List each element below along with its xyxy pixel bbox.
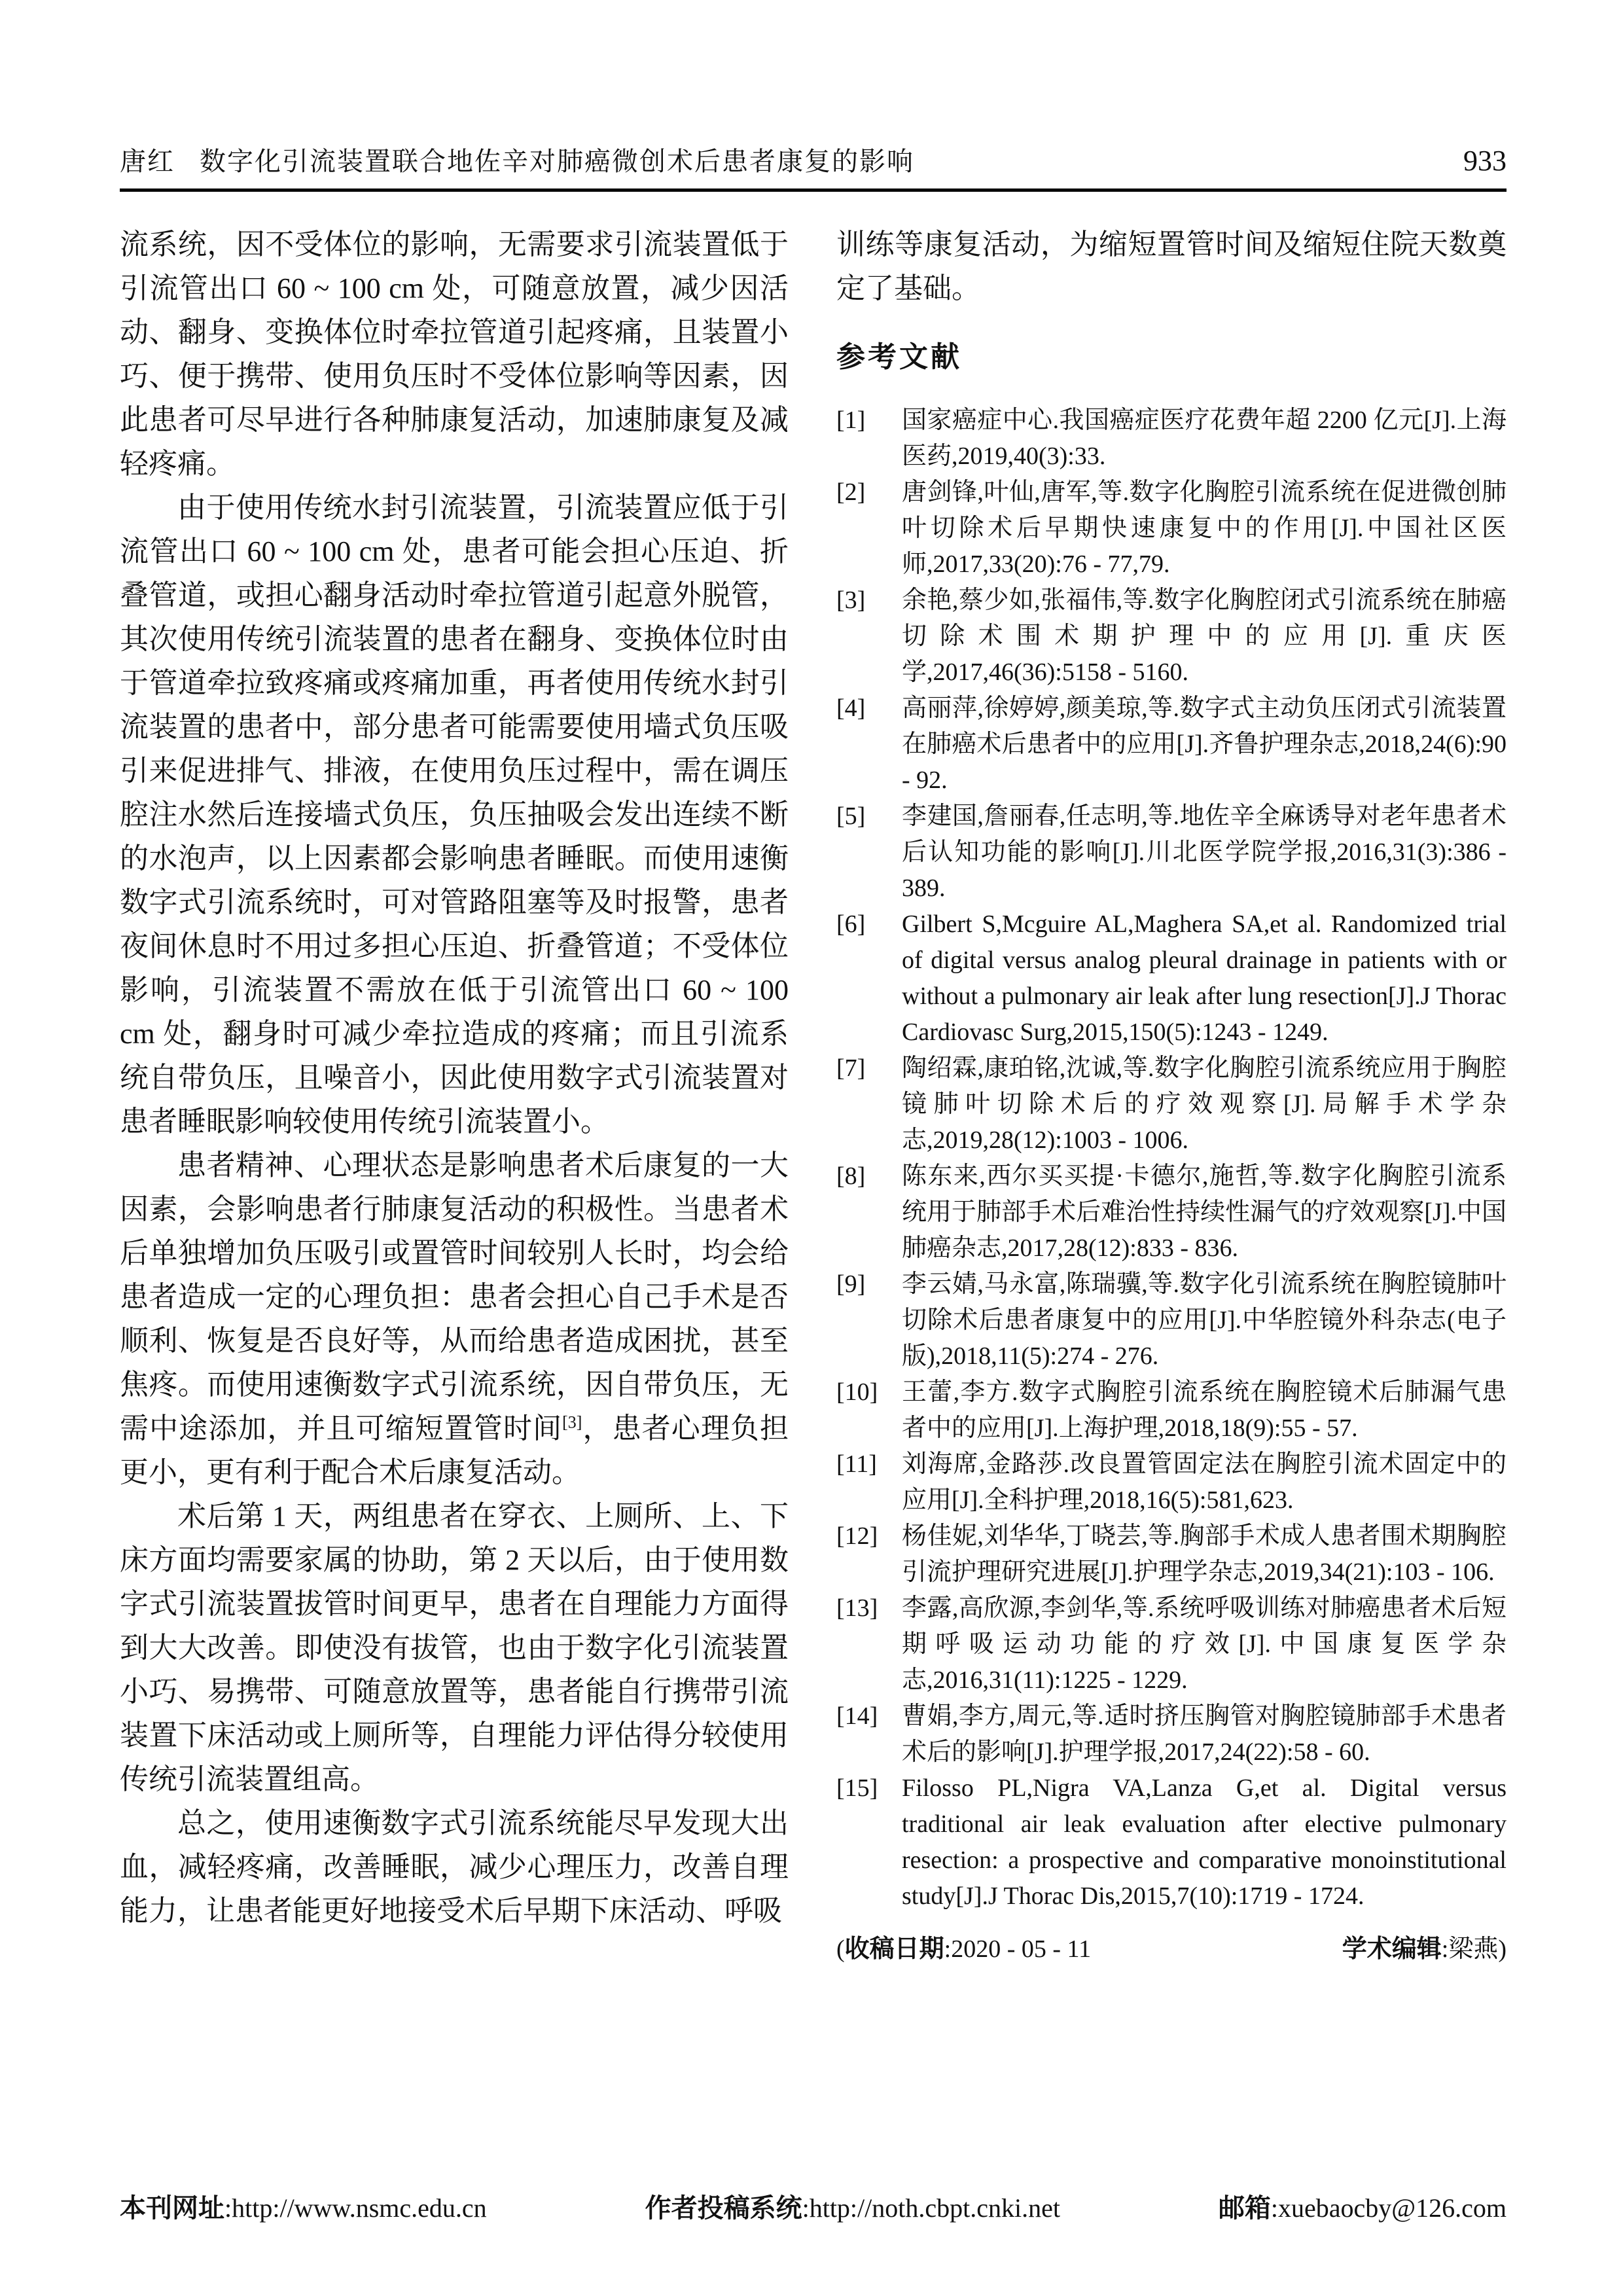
reference-text: 杨佳妮,刘华华,丁晓芸,等.胸部手术成人患者围术期胸腔引流护理研究进展[J].护… [902, 1522, 1507, 1586]
reference-number: [13] [836, 1590, 878, 1626]
reference-text: 陈东来,西尔买买提·卡德尔,施哲,等.数字化胸腔引流系统用于肺部手术后难治性持续… [902, 1162, 1507, 1262]
reference-item: [10]王蕾,李方.数字式胸腔引流系统在胸腔镜术后肺漏气患者中的应用[J].上海… [836, 1374, 1507, 1446]
reference-number: [2] [836, 475, 865, 511]
running-header-left: 唐红 数字化引流装置联合地佐辛对肺癌微创术后患者康复的影响 [120, 145, 914, 179]
received-editor-row: (收稿日期:2020 - 05 - 11 学术编辑:梁燕) [836, 1931, 1507, 1967]
reference-item: [12]杨佳妮,刘华华,丁晓芸,等.胸部手术成人患者围术期胸腔引流护理研究进展[… [836, 1518, 1507, 1590]
reference-text: Filosso PL,Nigra VA,Lanza G,et al. Digit… [902, 1774, 1507, 1910]
body-paragraph-continuation: 流系统，因不受体位的影响，无需要求引流装置低于引流管出口 60 ~ 100 cm… [120, 223, 789, 486]
right-column: 训练等康复活动，为缩短置管时间及缩短住院天数奠定了基础。 参考文献 [1]国家癌… [836, 223, 1507, 1967]
reference-text: 余艳,蔡少如,张福伟,等.数字化胸腔闭式引流系统在肺癌切除术围术期护理中的应用[… [902, 586, 1507, 686]
article-title: 数字化引流装置联合地佐辛对肺癌微创术后患者康复的影响 [200, 145, 914, 179]
reference-item: [6]Gilbert S,Mcguire AL,Maghera SA,et al… [836, 906, 1507, 1050]
body-paragraph: 总之，使用速衡数字式引流系统能尽早发现大出血，减轻疼痛，改善睡眠，减少心理压力，… [120, 1801, 789, 1933]
footer-site-label: 本刊网址 [120, 2194, 224, 2223]
footer-site-url: :http://www.nsmc.edu.cn [224, 2193, 487, 2223]
editor-label: 学术编辑 [1342, 1935, 1442, 1963]
reference-number: [11] [836, 1446, 877, 1482]
reference-item: [14]曹娟,李方,周元,等.适时挤压胸管对胸腔镜肺部手术患者术后的影响[J].… [836, 1698, 1507, 1770]
references-list: [1]国家癌症中心.我国癌症医疗花费年超 2200 亿元[J].上海医药,201… [836, 403, 1507, 1914]
reference-number: [5] [836, 798, 865, 834]
reference-text: 王蕾,李方.数字式胸腔引流系统在胸腔镜术后肺漏气患者中的应用[J].上海护理,2… [902, 1378, 1507, 1442]
running-header: 唐红 数字化引流装置联合地佐辛对肺癌微创术后患者康复的影响 933 [120, 144, 1507, 179]
reference-text: 唐剑锋,叶仙,唐军,等.数字化胸腔引流系统在促进微创肺叶切除术后早期快速康复中的… [902, 478, 1507, 578]
reference-item: [11]刘海席,金路莎.改良置管固定法在胸腔引流术固定中的应用[J].全科护理,… [836, 1446, 1507, 1518]
body-paragraph-continuation: 训练等康复活动，为缩短置管时间及缩短住院天数奠定了基础。 [836, 223, 1507, 310]
received-value: :2020 - 05 - 11 [944, 1935, 1091, 1963]
footer-submission: 作者投稿系统:http://noth.cbpt.cnki.net [645, 2191, 1060, 2225]
reference-number: [1] [836, 403, 865, 439]
reference-text: 刘海席,金路莎.改良置管固定法在胸腔引流术固定中的应用[J].全科护理,2018… [902, 1450, 1507, 1514]
reference-text: Gilbert S,Mcguire AL,Maghera SA,et al. R… [902, 910, 1507, 1046]
received-label: 收稿日期 [845, 1935, 944, 1963]
reference-number: [8] [836, 1158, 865, 1194]
reference-number: [6] [836, 906, 865, 942]
reference-text: 国家癌症中心.我国癌症医疗花费年超 2200 亿元[J].上海医药,2019,4… [902, 406, 1507, 470]
reference-number: [3] [836, 583, 865, 619]
reference-item: [7]陶绍霖,康珀铭,沈诚,等.数字化胸腔引流系统应用于胸腔镜肺叶切除术后的疗效… [836, 1050, 1507, 1158]
reference-text: 高丽萍,徐婷婷,颜美琼,等.数字式主动负压闭式引流装置在肺癌术后患者中的应用[J… [902, 694, 1507, 794]
reference-item: [2]唐剑锋,叶仙,唐军,等.数字化胸腔引流系统在促进微创肺叶切除术后早期快速康… [836, 475, 1507, 583]
reference-text: 李露,高欣源,李剑华,等.系统呼吸训练对肺癌患者术后短期呼吸运动功能的疗效[J]… [902, 1594, 1507, 1694]
body-paragraph: 由于使用传统水封引流装置，引流装置应低于引流管出口 60 ~ 100 cm 处，… [120, 486, 789, 1143]
reference-number: [15] [836, 1770, 878, 1806]
author-name: 唐红 [120, 145, 175, 179]
references-heading: 参考文献 [836, 339, 1507, 375]
footer-submission-label: 作者投稿系统 [645, 2194, 802, 2223]
body-paragraph: 术后第 1 天，两组患者在穿衣、上厕所、上、下床方面均需要家属的协助，第 2 天… [120, 1494, 789, 1801]
reference-item: [3]余艳,蔡少如,张福伟,等.数字化胸腔闭式引流系统在肺癌切除术围术期护理中的… [836, 583, 1507, 691]
page-number: 933 [1463, 144, 1507, 178]
received-paren: ( [836, 1935, 845, 1963]
reference-item: [13]李露,高欣源,李剑华,等.系统呼吸训练对肺癌患者术后短期呼吸运动功能的疗… [836, 1590, 1507, 1698]
reference-item: [1]国家癌症中心.我国癌症医疗花费年超 2200 亿元[J].上海医药,201… [836, 403, 1507, 475]
reference-number: [12] [836, 1518, 878, 1554]
reference-item: [8]陈东来,西尔买买提·卡德尔,施哲,等.数字化胸腔引流系统用于肺部手术后难治… [836, 1158, 1507, 1266]
footer-submission-url: :http://noth.cbpt.cnki.net [802, 2193, 1060, 2223]
reference-text: 李建国,詹丽春,任志明,等.地佐辛全麻诱导对老年患者术后认知功能的影响[J].川… [902, 802, 1507, 902]
paragraph-text: 患者精神、心理状态是影响患者术后康复的一大因素，会影响患者行肺康复活动的积极性。… [120, 1149, 789, 1444]
footer-email: 邮箱:xuebaocby@126.com [1219, 2191, 1507, 2225]
academic-editor: 学术编辑:梁燕) [1342, 1931, 1507, 1967]
reference-number: [10] [836, 1374, 878, 1410]
footer-email-value: :xuebaocby@126.com [1271, 2193, 1507, 2223]
header-rule [120, 188, 1507, 192]
reference-number: [14] [836, 1698, 878, 1734]
reference-text: 李云婧,马永富,陈瑞骥,等.数字化引流系统在胸腔镜肺叶切除术后患者康复中的应用[… [902, 1270, 1507, 1370]
reference-number: [7] [836, 1050, 865, 1086]
reference-text: 曹娟,李方,周元,等.适时挤压胸管对胸腔镜肺部手术患者术后的影响[J].护理学报… [902, 1702, 1507, 1766]
editor-value: :梁燕) [1442, 1935, 1507, 1963]
reference-item: [9]李云婧,马永富,陈瑞骥,等.数字化引流系统在胸腔镜肺叶切除术后患者康复中的… [836, 1266, 1507, 1374]
reference-item: [4]高丽萍,徐婷婷,颜美琼,等.数字式主动负压闭式引流装置在肺癌术后患者中的应… [836, 691, 1507, 798]
page-footer: 本刊网址:http://www.nsmc.edu.cn 作者投稿系统:http:… [120, 2191, 1507, 2225]
reference-item: [15]Filosso PL,Nigra VA,Lanza G,et al. D… [836, 1770, 1507, 1914]
received-date: (收稿日期:2020 - 05 - 11 [836, 1931, 1091, 1967]
reference-text: 陶绍霖,康珀铭,沈诚,等.数字化胸腔引流系统应用于胸腔镜肺叶切除术后的疗效观察[… [902, 1054, 1507, 1154]
left-column: 流系统，因不受体位的影响，无需要求引流装置低于引流管出口 60 ~ 100 cm… [120, 223, 789, 1933]
footer-site: 本刊网址:http://www.nsmc.edu.cn [120, 2191, 487, 2225]
reference-item: [5]李建国,詹丽春,任志明,等.地佐辛全麻诱导对老年患者术后认知功能的影响[J… [836, 798, 1507, 906]
footer-email-label: 邮箱 [1219, 2194, 1271, 2223]
reference-number: [4] [836, 691, 865, 726]
reference-number: [9] [836, 1266, 865, 1302]
body-paragraph: 患者精神、心理状态是影响患者术后康复的一大因素，会影响患者行肺康复活动的积极性。… [120, 1143, 789, 1494]
journal-page: 唐红 数字化引流装置联合地佐辛对肺癌微创术后患者康复的影响 933 流系统，因不… [0, 0, 1623, 2296]
citation-superscript: [3] [562, 1412, 582, 1431]
